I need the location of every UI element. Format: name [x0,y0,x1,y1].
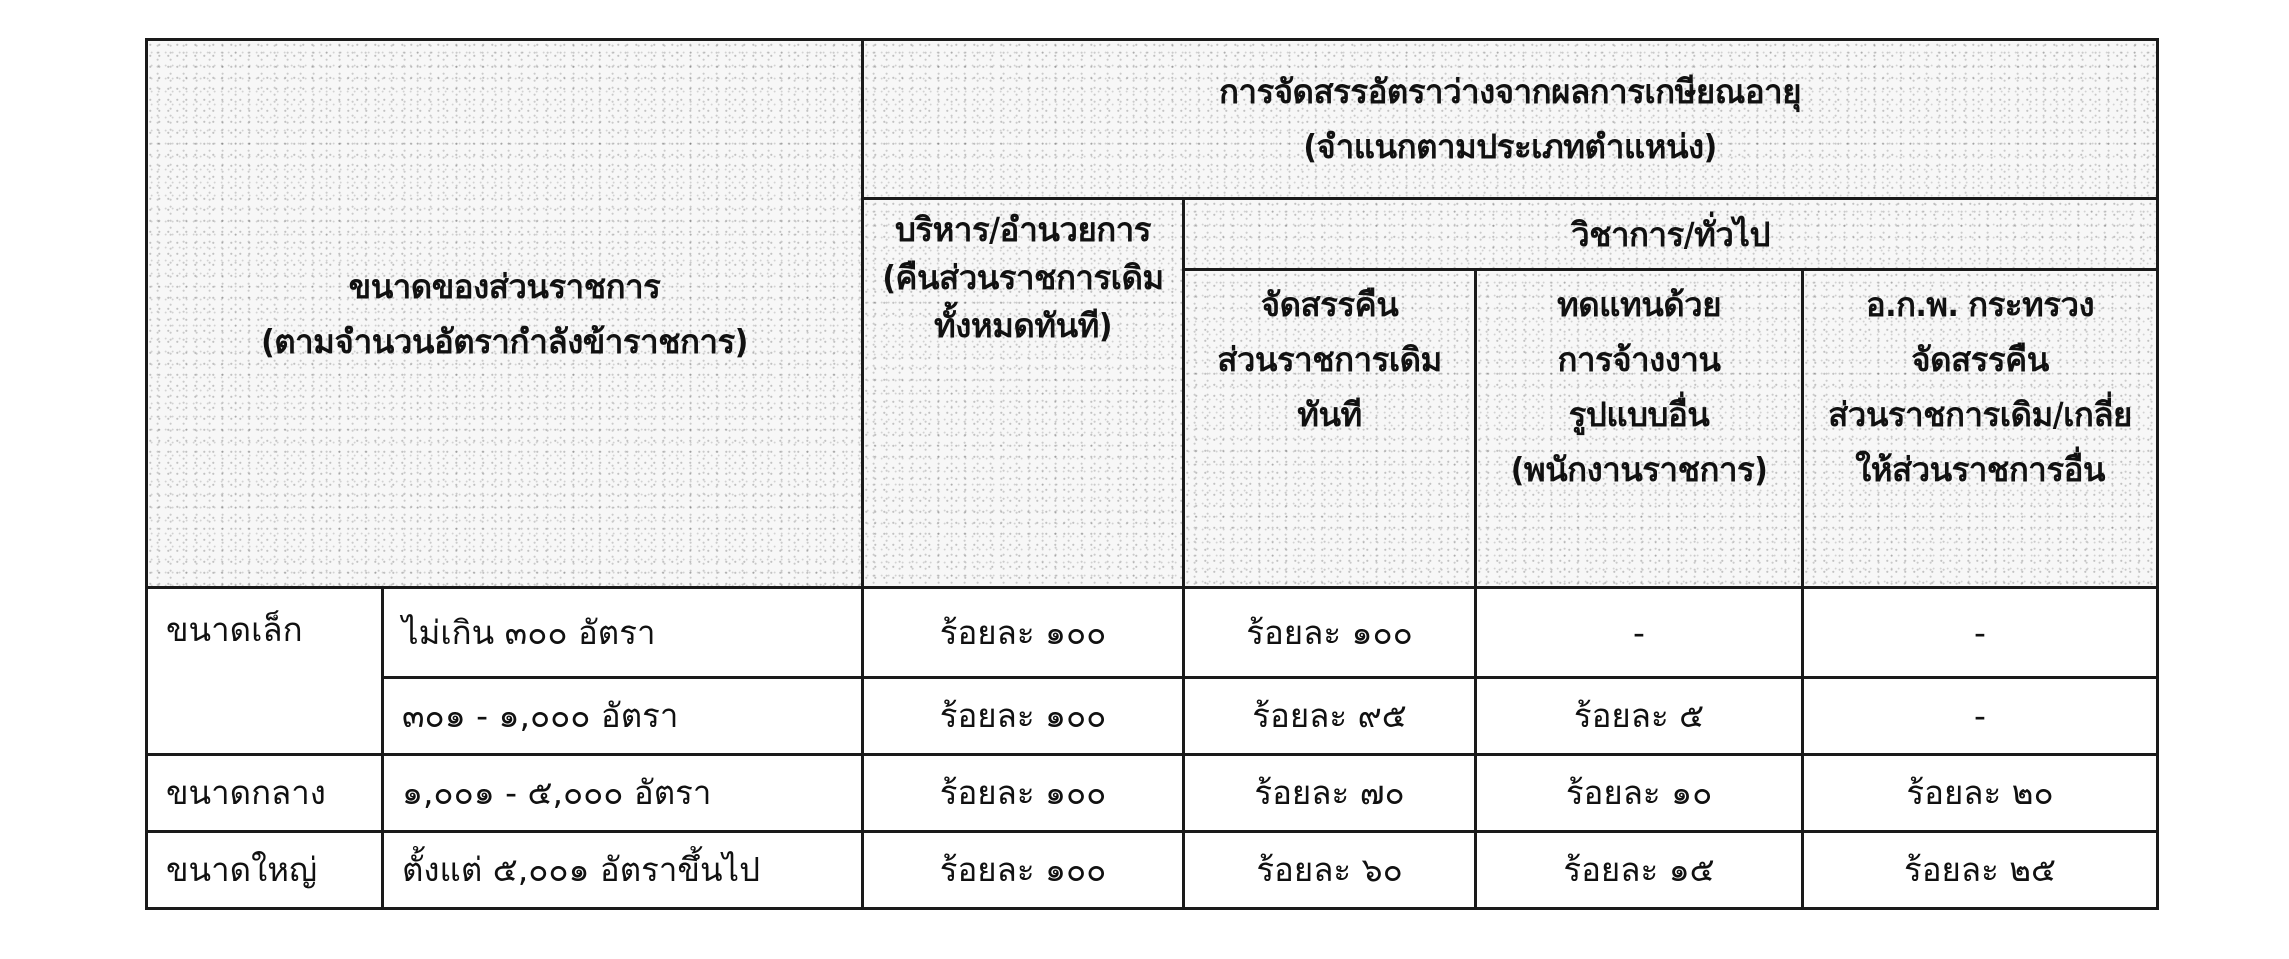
cell-executive: ร้อยละ ๑๐๐ [863,754,1184,831]
header-replace-other-line4: (พนักงานราชการ) [1477,442,1801,497]
table-row: ๓๐๑ - ๑,๐๐๐ อัตรา ร้อยละ ๑๐๐ ร้อยละ ๙๕ ร… [147,677,2158,754]
cell-replace-other: ร้อยละ ๑๕ [1476,831,1803,908]
header-replace-other-line2: การจ้างงาน [1477,332,1801,387]
header-executive-column: บริหาร/อำนวยการ (คืนส่วนราชการเดิม ทั้งห… [863,199,1184,588]
header-return-original-column: จัดสรรคืน ส่วนราชการเดิม ทันที [1184,270,1476,588]
header-allocation-title: การจัดสรรอัตราว่างจากผลการเกษียณอายุ [864,64,2156,119]
cell-executive: ร้อยละ ๑๐๐ [863,831,1184,908]
cell-executive: ร้อยละ ๑๐๐ [863,677,1184,754]
header-organization-size: ขนาดของส่วนราชการ (ตามจำนวนอัตรากำลังข้า… [147,40,863,588]
header-replace-other-column: ทดแทนด้วย การจ้างงาน รูปแบบอื่น (พนักงาน… [1476,270,1803,588]
header-ministry-reallocate-column: อ.ก.พ. กระทรวง จัดสรรคืน ส่วนราชการเดิม/… [1803,270,2158,588]
header-replace-other-line1: ทดแทนด้วย [1477,277,1801,332]
header-replace-other-line3: รูปแบบอื่น [1477,387,1801,442]
header-organization-size-subtitle: (ตามจำนวนอัตรากำลังข้าราชการ) [148,314,861,369]
cell-range: ๑,๐๐๑ - ๕,๐๐๐ อัตรา [383,754,863,831]
cell-return-original: ร้อยละ ๑๐๐ [1184,588,1476,678]
cell-size: ขนาดเล็ก [147,588,383,678]
cell-replace-other: ร้อยละ ๑๐ [1476,754,1803,831]
document-page: ขนาดของส่วนราชการ (ตามจำนวนอัตรากำลังข้า… [0,0,2289,959]
header-executive-line3: ทั้งหมดทันที) [864,302,1182,350]
header-executive-line2: (คืนส่วนราชการเดิม [864,254,1182,302]
cell-size [147,677,383,754]
header-return-original-line3: ทันที [1185,387,1474,442]
header-return-original-line1: จัดสรรคืน [1185,277,1474,332]
cell-range: ตั้งแต่ ๕,๐๐๑ อัตราขึ้นไป [383,831,863,908]
header-allocation-subtitle: (จำแนกตามประเภทตำแหน่ง) [864,119,2156,174]
cell-return-original: ร้อยละ ๖๐ [1184,831,1476,908]
header-ministry-reallocate-line2: จัดสรรคืน [1804,332,2156,387]
cell-size: ขนาดกลาง [147,754,383,831]
cell-size: ขนาดใหญ่ [147,831,383,908]
header-academic-label: วิชาการ/ทั่วไป [1185,207,2156,262]
table-row: ขนาดใหญ่ ตั้งแต่ ๕,๐๐๑ อัตราขึ้นไป ร้อยล… [147,831,2158,908]
header-return-original-line2: ส่วนราชการเดิม [1185,332,1474,387]
cell-range: ๓๐๑ - ๑,๐๐๐ อัตรา [383,677,863,754]
header-ministry-reallocate-line3: ส่วนราชการเดิม/เกลี่ย [1804,387,2156,442]
header-organization-size-title: ขนาดของส่วนราชการ [148,259,861,314]
header-executive-line1: บริหาร/อำนวยการ [864,206,1182,254]
header-allocation-group: การจัดสรรอัตราว่างจากผลการเกษียณอายุ (จำ… [863,40,2158,199]
header-ministry-reallocate-line1: อ.ก.พ. กระทรวง [1804,277,2156,332]
cell-ministry-reallocate: ร้อยละ ๒๕ [1803,831,2158,908]
header-ministry-reallocate-line4: ให้ส่วนราชการอื่น [1804,442,2156,497]
cell-ministry-reallocate: - [1803,677,2158,754]
cell-replace-other: ร้อยละ ๕ [1476,677,1803,754]
cell-ministry-reallocate: - [1803,588,2158,678]
cell-executive: ร้อยละ ๑๐๐ [863,588,1184,678]
cell-return-original: ร้อยละ ๙๕ [1184,677,1476,754]
retirement-vacancy-allocation-table: ขนาดของส่วนราชการ (ตามจำนวนอัตรากำลังข้า… [145,38,2159,910]
cell-ministry-reallocate: ร้อยละ ๒๐ [1803,754,2158,831]
cell-range: ไม่เกิน ๓๐๐ อัตรา [383,588,863,678]
cell-return-original: ร้อยละ ๗๐ [1184,754,1476,831]
table-row: ขนาดกลาง ๑,๐๐๑ - ๕,๐๐๐ อัตรา ร้อยละ ๑๐๐ … [147,754,2158,831]
cell-replace-other: - [1476,588,1803,678]
header-academic-group: วิชาการ/ทั่วไป [1184,199,2158,270]
table-row: ขนาดเล็ก ไม่เกิน ๓๐๐ อัตรา ร้อยละ ๑๐๐ ร้… [147,588,2158,678]
